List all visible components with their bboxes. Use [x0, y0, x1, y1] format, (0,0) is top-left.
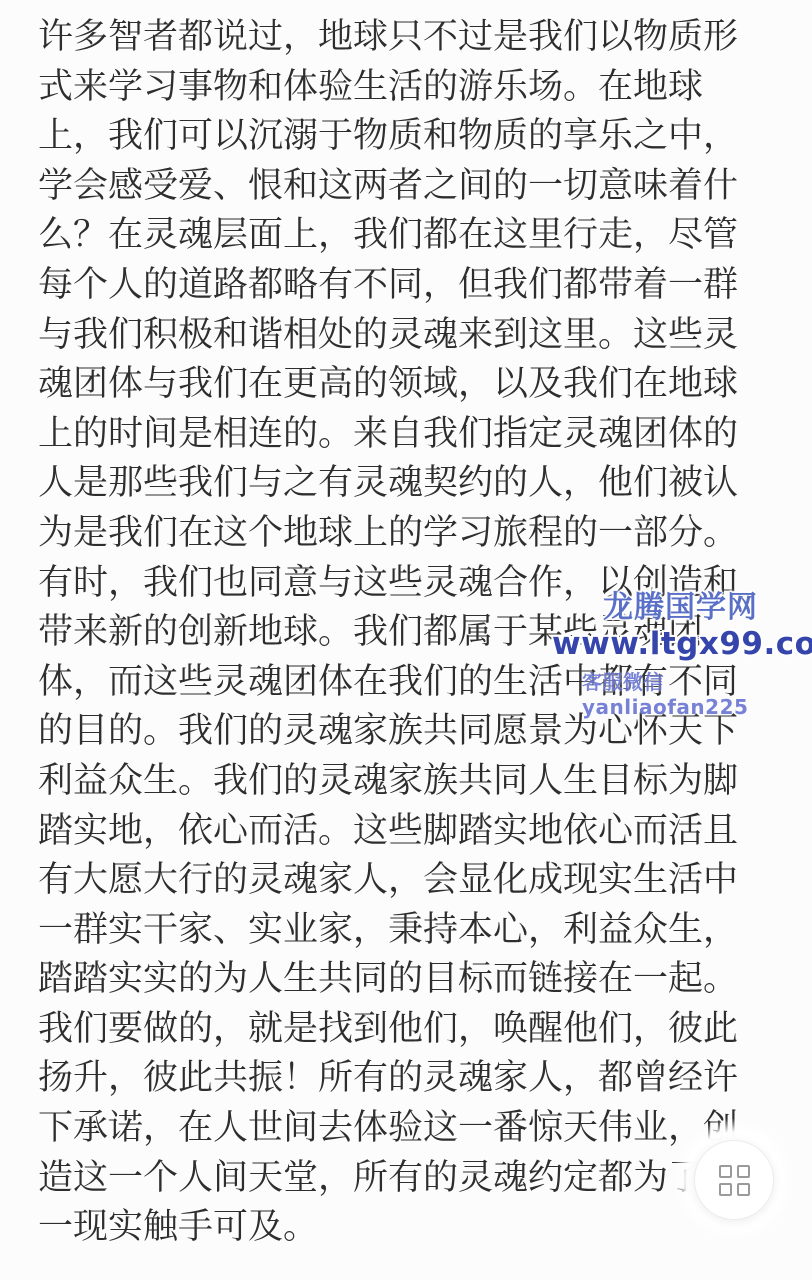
paragraph-line: 利益众生。我们的灵魂家族共同人生目标为脚 [38, 757, 798, 807]
paragraph-line: 魂团体与我们在更高的领域，以及我们在地球 [38, 360, 798, 410]
paragraph-line: 扬升，彼此共振！所有的灵魂家人，都曾经许 [38, 1054, 798, 1104]
paragraph-line: 每个人的道路都略有不同，但我们都带着一群 [38, 261, 798, 311]
paragraph-line: 我们要做的，就是找到他们，唤醒他们，彼此 [38, 1005, 798, 1055]
article-page: 许多智者都说过，地球只不过是我们以物质形 式来学习事物和体验生活的游乐场。在地球… [0, 0, 812, 1280]
paragraph-line: 人是那些我们与之有灵魂契约的人，他们被认 [38, 459, 798, 509]
paragraph-line: 踏踏实实的为人生共同的目标而链接在一起。 [38, 955, 798, 1005]
paragraph-line: 有大愿大行的灵魂家人，会显化成现实生活中 [38, 856, 798, 906]
paragraph-line: 与我们积极和谐相处的灵魂来到这里。这些灵 [38, 311, 798, 361]
grid-menu-button[interactable] [694, 1140, 774, 1220]
paragraph-line: 的目的。我们的灵魂家族共同愿景为心怀天下 [38, 707, 798, 757]
paragraph-line: 下承诺，在人世间去体验这一番惊天伟业，创 [38, 1104, 798, 1154]
paragraph-line: 带来新的创新地球。我们都属于某些灵魂团 [38, 608, 798, 658]
paragraph-line: 式来学习事物和体验生活的游乐场。在地球 [38, 63, 798, 113]
paragraph-line: 造这一个人间天堂，所有的灵魂约定都为了 [38, 1154, 798, 1204]
paragraph-line: 一群实干家、实业家，秉持本心，利益众生， [38, 906, 798, 956]
paragraph-line: 一现实触手可及。 [38, 1203, 798, 1253]
paragraph-line: 体，而这些灵魂团体在我们的生活中都有不同 [38, 658, 798, 708]
paragraph-line: 踏实地，依心而活。这些脚踏实地依心而活且 [38, 807, 798, 857]
paragraph-line: 上，我们可以沉溺于物质和物质的享乐之中， [38, 112, 798, 162]
article-body: 许多智者都说过，地球只不过是我们以物质形 式来学习事物和体验生活的游乐场。在地球… [38, 13, 798, 1253]
paragraph-line: 么？在灵魂层面上，我们都在这里行走，尽管 [38, 211, 798, 261]
paragraph-line: 学会感受爱、恨和这两者之间的一切意味着什 [38, 162, 798, 212]
paragraph-line: 上的时间是相连的。来自我们指定灵魂团体的 [38, 410, 798, 460]
paragraph-line: 许多智者都说过，地球只不过是我们以物质形 [38, 13, 798, 63]
grid-icon [719, 1165, 750, 1196]
paragraph-line: 为是我们在这个地球上的学习旅程的一部分。 [38, 509, 798, 559]
paragraph-line: 有时，我们也同意与这些灵魂合作，以创造和 [38, 559, 798, 609]
